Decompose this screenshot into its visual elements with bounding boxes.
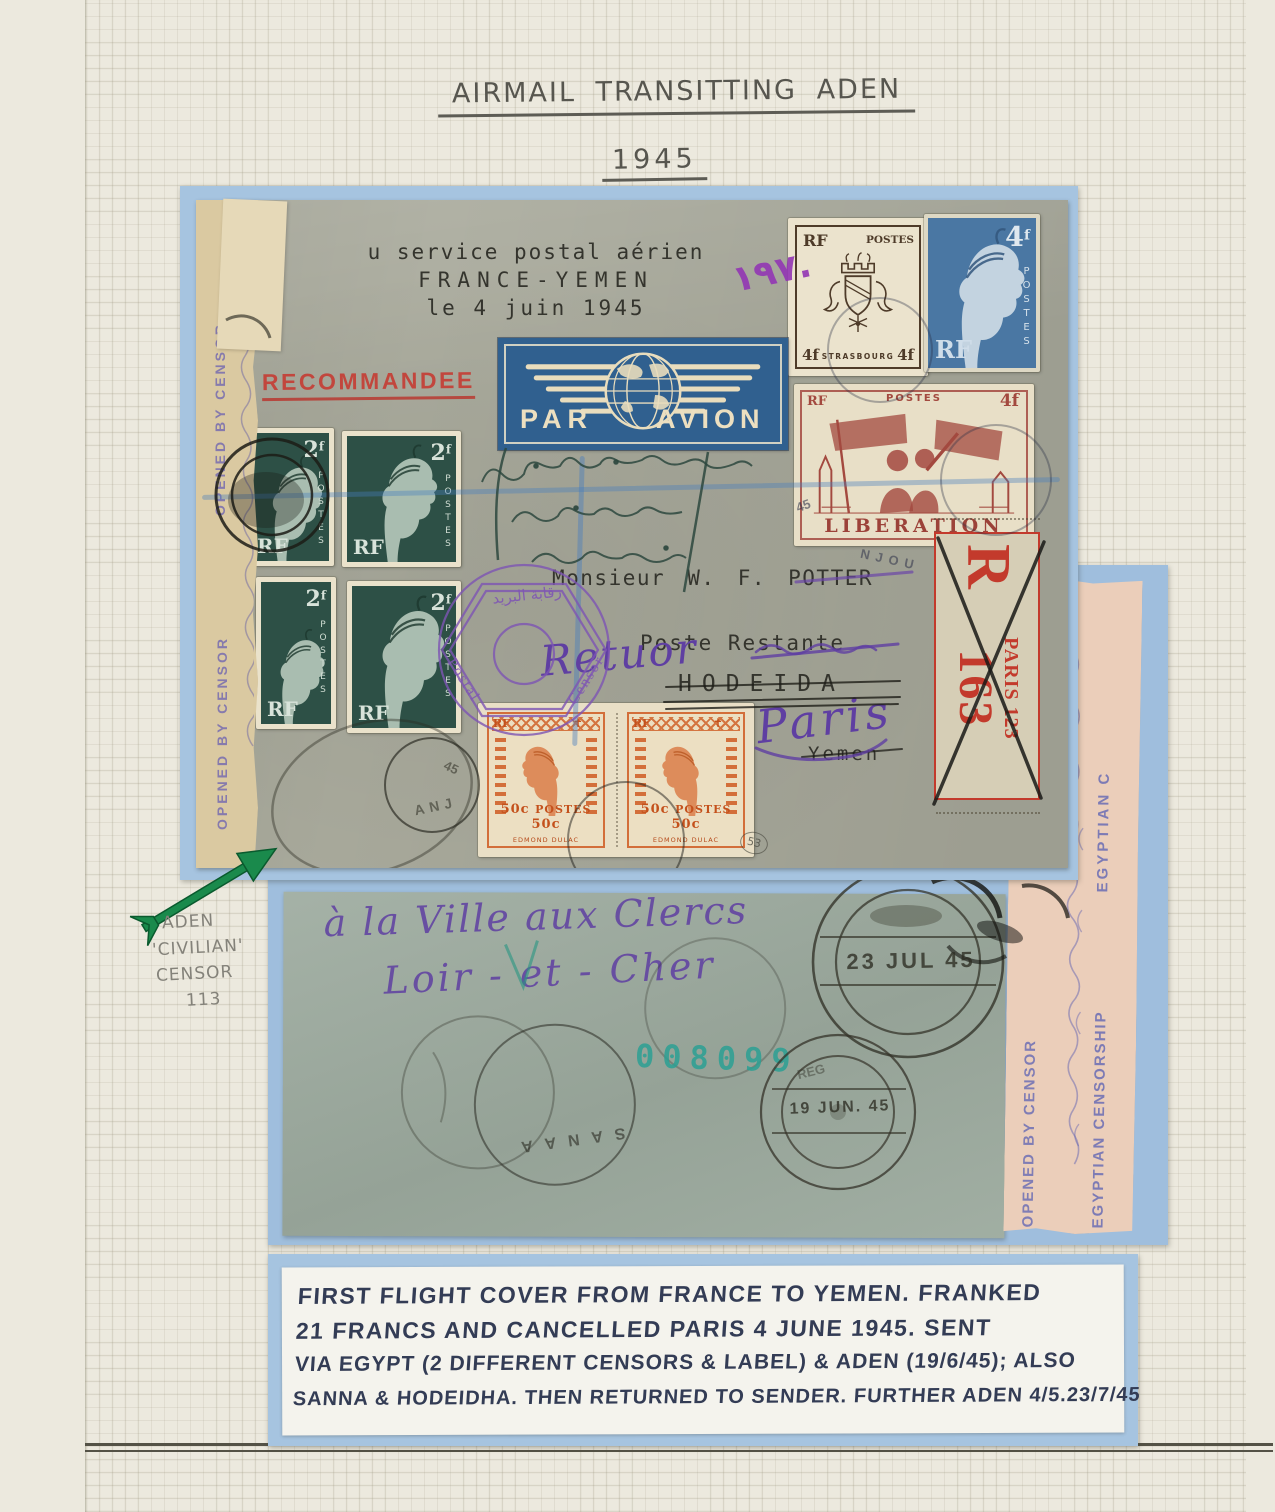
back-postmarks-right [700, 860, 1180, 1250]
postmark-transit-arcs [828, 298, 1051, 535]
registration-cross [934, 538, 1044, 804]
caption-line: FIRST FLIGHT COVER FROM FRANCE TO YEMEN.… [297, 1279, 1042, 1310]
pencil-note-line: CENSOR [156, 962, 234, 986]
postmark-anj [385, 738, 479, 832]
postmark-23jul45-text: 23 JUL 45 [836, 947, 986, 976]
egypt-tape-text-top: EGYPTIAN C [1094, 592, 1115, 892]
teal-check-mark [505, 941, 537, 987]
green-arrow-icon [128, 828, 318, 953]
page-rule-bottom [85, 1450, 1273, 1452]
caption-line: SANNA & HODEIDHA. THEN RETURNED TO SENDE… [292, 1384, 1141, 1411]
manuscript-strikes [664, 572, 912, 760]
album-page: AIRMAIL TRANSITTING ADEN 1945 à la Ville… [0, 0, 1275, 1512]
pencil-note-line: 113 [186, 989, 222, 1011]
pencil-note-line: ADEN [162, 911, 215, 934]
postmark-heavy [216, 316, 328, 551]
caption-line: 21 FRANCS AND CANCELLED PARIS 4 JUNE 194… [295, 1314, 992, 1345]
caption-line: VIA EGYPT (2 DIFFERENT CENSORS & LABEL) … [294, 1349, 1077, 1377]
front-cover-envelope: 2f POSTES RF 2f POSTES RF [196, 200, 1068, 868]
page-year: 1945 [602, 143, 707, 182]
page-title: AIRMAIL TRANSITTING ADEN [438, 74, 916, 118]
front-ink-overlay [196, 200, 1068, 868]
postmark-paris-bottom [568, 782, 684, 868]
arabic-manuscript [482, 448, 752, 592]
